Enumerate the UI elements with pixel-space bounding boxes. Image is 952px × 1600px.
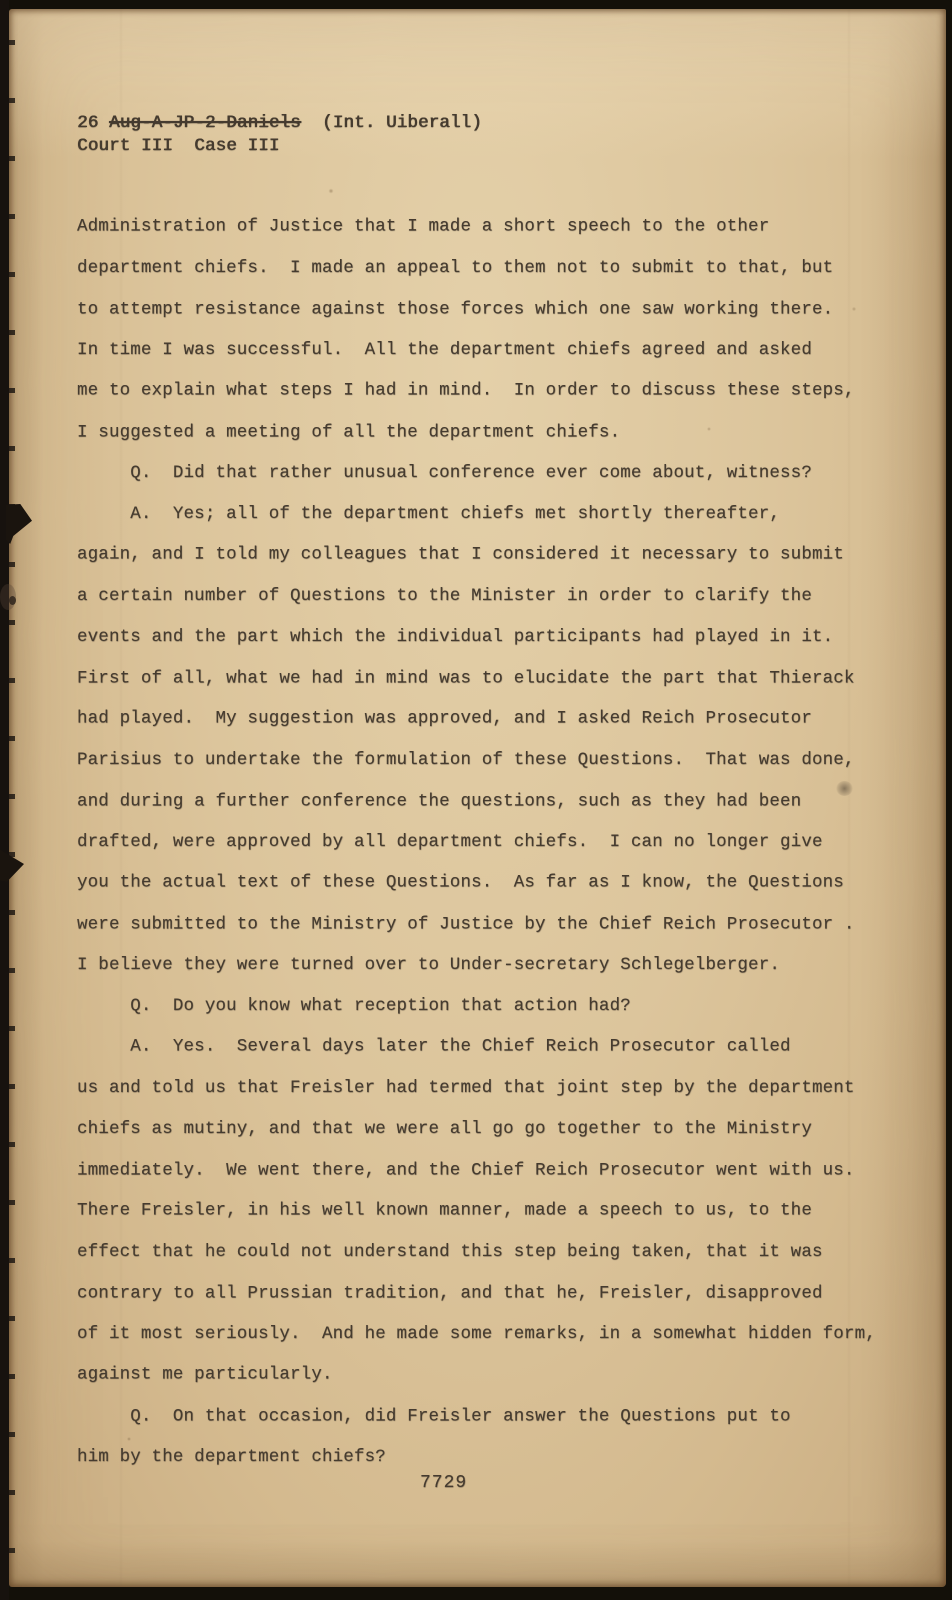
transcript-line: and during a further conference the ques… — [77, 782, 917, 823]
transcript-line: us and told us that Freisler had termed … — [77, 1068, 917, 1109]
transcript-line: had played. My suggestion was approved, … — [77, 699, 917, 740]
transcript-line: chiefs as mutiny, and that we were all g… — [77, 1109, 917, 1150]
page-header: 26 Aug-A-JP-2-Daniels (Int. Uiberall)Cou… — [77, 112, 482, 158]
transcript-line: events and the part which the individual… — [77, 617, 917, 658]
typewritten-content: 26 Aug-A-JP-2-Daniels (Int. Uiberall)Cou… — [9, 9, 946, 1587]
transcript-line: you the actual text of these Questions. … — [77, 863, 917, 904]
transcript-line: First of all, what we had in mind was to… — [77, 659, 917, 700]
transcript-line: contrary to all Prussian tradition, and … — [77, 1274, 917, 1315]
transcript-line: Q. Did that rather unusual conference ev… — [77, 453, 917, 494]
transcript-line: Administration of Justice that I made a … — [77, 207, 917, 248]
transcript-line: I believe they were turned over to Under… — [77, 945, 917, 986]
transcript-line: were submitted to the Ministry of Justic… — [77, 905, 917, 946]
transcript-line: again, and I told my colleagues that I c… — [77, 535, 917, 576]
pencil-dot-icon — [9, 596, 16, 605]
transcript-line: In time I was successful. All the depart… — [77, 330, 917, 371]
ink-smudge-icon — [836, 781, 853, 796]
transcript-line: immediately. We went there, and the Chie… — [77, 1151, 917, 1192]
header-struck-segment: Aug-A-JP-2-Daniels — [109, 113, 301, 133]
transcript-line: a certain number of Questions to the Min… — [77, 576, 917, 617]
transcript-line: Q. Do you know what reception that actio… — [77, 986, 917, 1027]
transcript-line: A. Yes. Several days later the Chief Rei… — [77, 1027, 917, 1068]
transcript-line: to attempt resistance against those forc… — [77, 290, 917, 331]
transcript-line: him by the department chiefs? — [77, 1437, 917, 1478]
transcript-line: of it most seriously. And he made some r… — [77, 1314, 917, 1355]
transcript-body: Administration of Justice that I made a … — [77, 207, 917, 1478]
scan-edge-left — [0, 0, 9, 1600]
transcript-line: A. Yes; all of the department chiefs met… — [77, 494, 917, 535]
transcript-line: department chiefs. I made an appeal to t… — [77, 248, 917, 289]
paper-sheet: 26 Aug-A-JP-2-Daniels (Int. Uiberall)Cou… — [9, 9, 946, 1587]
transcript-line: drafted, were approved by all department… — [77, 822, 917, 863]
scanned-transcript-page: { "document": { "header": { "prefix": "2… — [0, 0, 952, 1600]
header-court-case: Court III Case III — [77, 136, 279, 156]
transcript-line: against me particularly. — [77, 1355, 917, 1396]
transcript-line: There Freisler, in his well known manner… — [77, 1191, 917, 1232]
page-number: 7729 — [420, 1469, 467, 1497]
transcript-line: Q. On that occasion, did Freisler answer… — [77, 1397, 917, 1438]
transcript-line: Parisius to undertake the formulation of… — [77, 740, 917, 781]
header-date-prefix: 26 — [77, 113, 109, 133]
transcript-line: I suggested a meeting of all the departm… — [77, 413, 917, 454]
header-interpreter: (Int. Uiberall) — [301, 113, 482, 133]
transcript-line: effect that he could not understand this… — [77, 1232, 917, 1273]
transcript-line: me to explain what steps I had in mind. … — [77, 371, 917, 412]
